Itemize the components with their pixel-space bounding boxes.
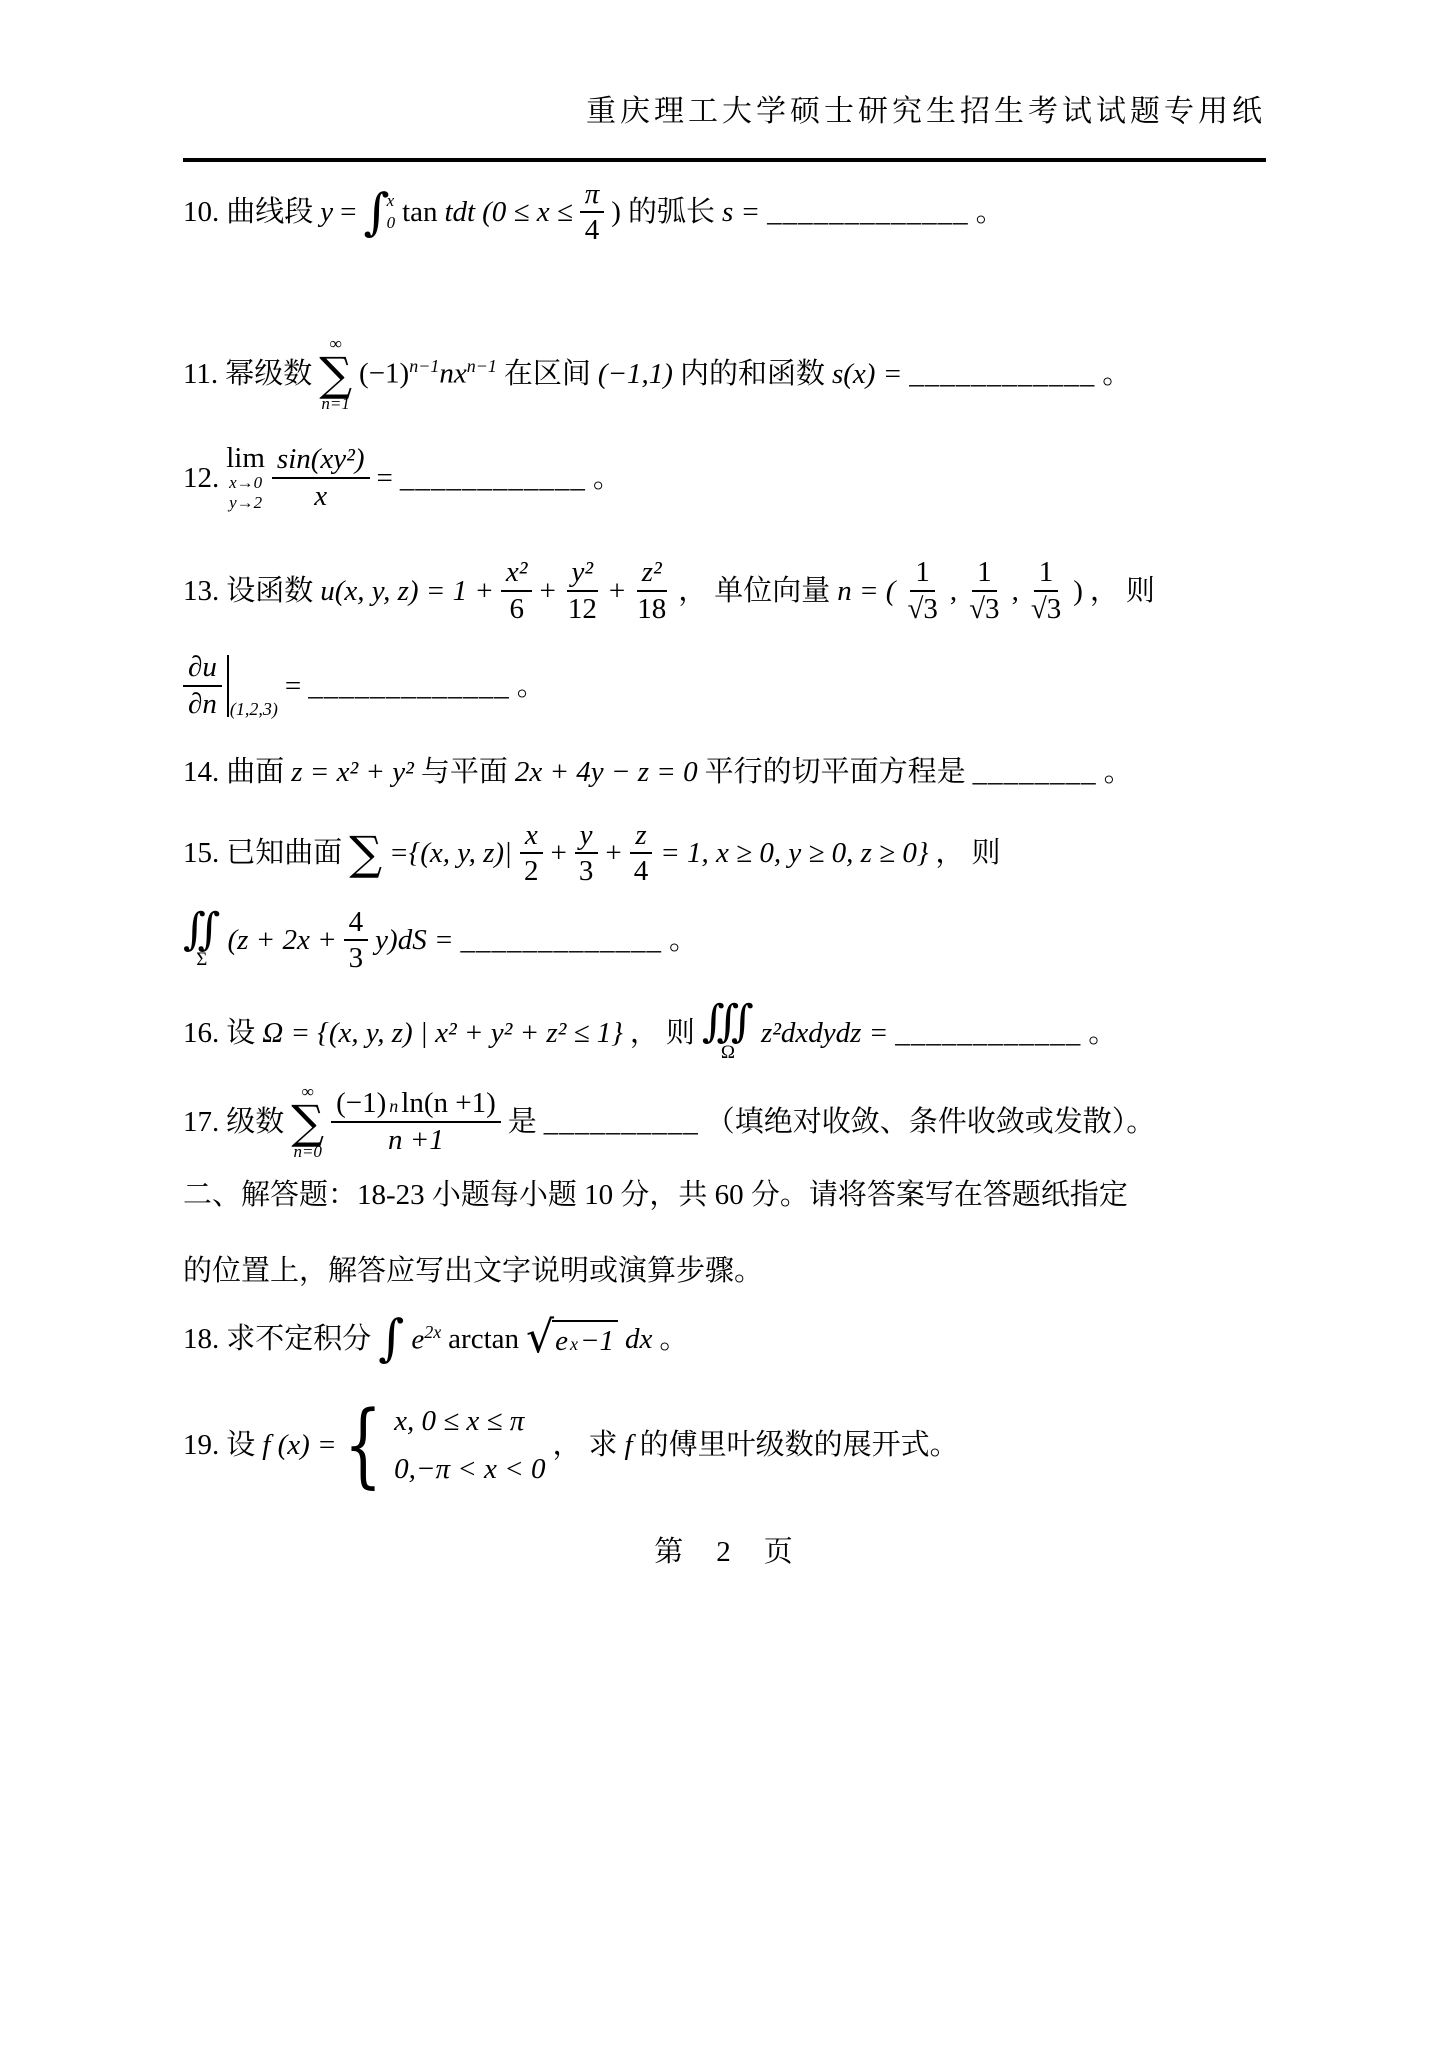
section-2-header-line-2: 的位置上，解答应写出文字说明或演算步骤。 (183, 1253, 1266, 1289)
exam-header-title: 重庆理工大学硕士研究生招生考试试题专用纸 (183, 86, 1266, 130)
piecewise-cases: x, 0 ≤ x ≤ π 0,−π < x < 0 (394, 1403, 545, 1488)
evaluation-point: (1,2,3) (230, 698, 278, 721)
piecewise-function: { x, 0 ≤ x ≤ π 0,−π < x < 0 (344, 1403, 546, 1488)
fraction-denominator: 3 (574, 854, 599, 887)
fraction: 1 √3 (1026, 556, 1066, 625)
fraction-numerator: 1 (1034, 556, 1059, 591)
question-15-continued: ∬ Σ (z + 2x + 4 3 y)dS = _____________ 。 (183, 906, 1266, 975)
math-fragment: (z + 2x + (227, 922, 336, 958)
math-fragment: ) (1073, 573, 1083, 609)
math-fragment: (−1)n−1nxn−1 (359, 355, 497, 392)
question-number: 14. (183, 754, 219, 790)
question-text: 曲线段 (226, 194, 313, 230)
question-16: 16. 设 Ω = {(x, y, z) | x² + y² + z² ≤ 1}… (183, 1002, 1266, 1062)
fraction-numerator: 1 (910, 556, 935, 591)
question-number: 19. (183, 1427, 219, 1463)
radical-expression: √ ex−1 (526, 1320, 618, 1359)
math-fragment: + (605, 835, 621, 871)
fraction-numerator: (−1)nln(n +1) (331, 1087, 501, 1122)
math-fragment: s(x) = (832, 356, 902, 392)
fraction-denominator: 2 (519, 854, 544, 887)
fraction-denominator: ∂n (183, 687, 222, 720)
double-integral-symbol: ∬ Σ (183, 910, 220, 970)
punctuation: 。 (1088, 1015, 1117, 1051)
superscript: n (389, 1096, 398, 1116)
fraction: y² 12 (563, 556, 602, 625)
math-fragment: Ω = {(x, y, z) | x² + y² + z² ≤ 1} (262, 1015, 623, 1051)
question-text: 的弧长 (628, 194, 715, 230)
question-text: 设 (226, 1015, 255, 1051)
fraction-numerator: ∂u (183, 651, 222, 686)
brace-symbol: { (344, 1406, 382, 1484)
limit-sub-2: y→2 (229, 493, 262, 513)
fraction: x 2 (519, 819, 544, 888)
fraction: y 3 (574, 819, 599, 888)
integral-region: Ω (721, 1043, 735, 1063)
fraction-numerator: z (630, 819, 651, 854)
integral-limits: x 0 (387, 189, 396, 237)
question-number: 18. (183, 1321, 219, 1357)
math-fragment: y (320, 194, 333, 230)
math-fragment: 2x + 4y − z = 0 (515, 754, 698, 790)
fraction-denominator: n +1 (383, 1123, 449, 1156)
question-text: 求 (589, 1427, 618, 1463)
math-fragment: z²dxdydz = (761, 1015, 888, 1051)
answer-blank: ____________ (895, 1015, 1081, 1051)
question-text: 设 (226, 1427, 255, 1463)
question-text: 曲面 (226, 754, 284, 790)
fraction: z 4 (629, 819, 654, 888)
fraction: π 4 (580, 178, 605, 247)
question-11: 11. 幂级数 ∞ ∑ n=1 (−1)n−1nxn−1 在区间 (−1,1) … (183, 335, 1266, 413)
question-number: 17. (183, 1104, 219, 1140)
answer-blank: _____________ (461, 922, 663, 958)
answer-blank: __________ (544, 1104, 699, 1140)
radicand: ex−1 (552, 1320, 618, 1359)
answer-blank: ____________ (400, 460, 586, 496)
punctuation: 。 (517, 668, 546, 704)
vertical-bar (227, 655, 229, 717)
answer-blank: _____________ (767, 194, 969, 230)
fraction: 4 3 (344, 906, 369, 975)
question-text: 求不定积分 (226, 1321, 371, 1357)
superscript: 2x (424, 1322, 441, 1342)
answer-blank: ________ (973, 754, 1097, 790)
punctuation: 。 (659, 1321, 688, 1357)
integral-symbol: ∫ x 0 (364, 189, 396, 237)
question-text: 与平面 (421, 754, 508, 790)
fraction-numerator: sin(xy²) (272, 443, 370, 478)
fraction-numerator: y (575, 819, 598, 854)
summation-glyph: ∑ (291, 1101, 324, 1143)
superscript: n−1 (409, 356, 439, 376)
fraction: 1 √3 (902, 556, 942, 625)
superscript: x (570, 1333, 578, 1355)
integral-region: Σ (196, 950, 207, 970)
question-text: 的傅里叶级数的展开式。 (640, 1427, 959, 1463)
question-12: 12. lim x→0 y→2 sin(xy²) x = ___________… (183, 443, 1266, 513)
question-18: 18. 求不定积分 ∫ e2x arctan √ ex−1 dx 。 (183, 1315, 1266, 1363)
fraction-numerator: y² (567, 556, 599, 591)
superscript: n−1 (467, 356, 497, 376)
summation-lower-limit: n=0 (293, 1143, 321, 1161)
punctuation: ， (678, 573, 707, 609)
math-fragment: tan (402, 194, 437, 230)
integral-glyph: ∫ (378, 1315, 404, 1363)
summation-glyph: ∑ (319, 353, 352, 395)
punctuation: 。 (1102, 356, 1131, 392)
fraction-denominator: √3 (902, 592, 942, 625)
math-fragment: s = (722, 194, 760, 230)
radical-symbol: √ (526, 1320, 554, 1356)
question-13-continued: ∂u ∂n (1,2,3) = _____________ 。 (183, 651, 1266, 720)
question-text: 是 (508, 1104, 537, 1140)
question-number: 10. (183, 194, 219, 230)
math-fragment: = (377, 460, 393, 496)
answer-blank: _____________ (308, 668, 510, 704)
answer-blank: ____________ (909, 356, 1095, 392)
math-fragment: + (609, 573, 625, 609)
question-number: 15. (183, 835, 219, 871)
punctuation: ， (630, 1015, 659, 1051)
punctuation: 。 (669, 922, 698, 958)
math-fragment: tdt (445, 194, 476, 230)
question-text: 幂级数 (225, 356, 312, 392)
punctuation: 。 (593, 460, 622, 496)
punctuation: 。 (976, 194, 1005, 230)
question-text: 设函数 (226, 573, 313, 609)
question-text: 平行的切平面方程是 (705, 754, 966, 790)
triple-integral-glyph: ∭ (702, 1002, 754, 1042)
double-integral-glyph: ∬ (183, 910, 220, 950)
math-fragment: , (950, 573, 957, 609)
question-15: 15. 已知曲面 ∑ ={(x, y, z)| x 2 + y 3 + z 4 … (183, 819, 1266, 888)
page-content: 重庆理工大学硕士研究生招生考试试题专用纸 10. 曲线段 y = ∫ x 0 t… (183, 86, 1266, 1570)
evaluation-bar: (1,2,3) (227, 655, 278, 717)
math-fragment: ) (611, 194, 621, 230)
question-14: 14. 曲面 z = x² + y² 与平面 2x + 4y − z = 0 平… (183, 754, 1266, 790)
question-text: 内的和函数 (680, 356, 825, 392)
fraction: sin(xy²) x (272, 443, 370, 512)
fraction-numerator: 1 (972, 556, 997, 591)
math-fragment: ={(x, y, z)| (389, 835, 512, 871)
question-number: 13. (183, 573, 219, 609)
fraction-numerator: z² (637, 556, 667, 591)
math-fragment: = 1, x ≥ 0, y ≥ 0, z ≥ 0} (660, 835, 928, 871)
punctuation: ， (1090, 573, 1119, 609)
fraction-denominator: √3 (964, 592, 1004, 625)
math-fragment: z = x² + y² (291, 754, 414, 790)
punctuation: ， (552, 1427, 581, 1463)
summation-symbol: ∞ ∑ n=1 (319, 335, 352, 413)
fraction-numerator: π (580, 178, 605, 213)
math-fragment: f (x) = (262, 1427, 336, 1463)
integral-upper-limit: x (387, 190, 396, 211)
punctuation: ， (935, 835, 964, 871)
fraction: 1 √3 (964, 556, 1004, 625)
fraction-numerator: x² (501, 556, 533, 591)
question-text: （填绝对收敛、条件收敛或发散）。 (706, 1104, 1156, 1140)
punctuation: 。 (1104, 754, 1133, 790)
fraction: (−1)nln(n +1) n +1 (331, 1087, 501, 1156)
sigma-surface-symbol: ∑ (349, 832, 382, 874)
fraction-denominator: x (309, 479, 332, 512)
fraction: z² 18 (632, 556, 671, 625)
fraction-denominator: 18 (632, 592, 671, 625)
summation-symbol: ∞ ∑ n=0 (291, 1083, 324, 1161)
fraction-denominator: 12 (563, 592, 602, 625)
case-2: 0,−π < x < 0 (394, 1451, 545, 1487)
page-number: 第 2 页 (183, 1529, 1266, 1570)
question-text: 在区间 (504, 356, 591, 392)
question-text: 级数 (226, 1104, 284, 1140)
math-fragment: = (285, 668, 301, 704)
fraction: ∂u ∂n (183, 651, 222, 720)
fraction-denominator: 4 (580, 213, 605, 246)
section-2-header-line-1: 二、解答题：18-23 小题每小题 10 分，共 60 分。请将答案写在答题纸指… (183, 1177, 1266, 1213)
summation-lower-limit: n=1 (321, 395, 349, 413)
fraction-numerator: 4 (344, 906, 369, 941)
section-text: 二、解答题：18-23 小题每小题 10 分，共 60 分。请将答案写在答题纸指… (183, 1177, 1128, 1213)
question-number: 11. (183, 356, 218, 392)
fraction-denominator: 4 (629, 854, 654, 887)
question-number: 12. (183, 460, 219, 496)
math-fragment: = (340, 194, 356, 230)
question-number: 16. (183, 1015, 219, 1051)
math-fragment: , (1012, 573, 1019, 609)
section-text: 的位置上，解答应写出文字说明或演算步骤。 (183, 1253, 763, 1289)
header-rule (183, 158, 1266, 162)
fraction: x² 6 (501, 556, 533, 625)
integral-lower-limit: 0 (387, 212, 396, 233)
triple-integral-symbol: ∭ Ω (702, 1002, 754, 1062)
question-10: 10. 曲线段 y = ∫ x 0 tan tdt (0 ≤ x ≤ π 4 )… (183, 178, 1266, 247)
question-text: 已知曲面 (226, 835, 342, 871)
fraction-numerator: x (520, 819, 543, 854)
case-1: x, 0 ≤ x ≤ π (394, 1403, 545, 1439)
math-fragment: + (539, 573, 555, 609)
math-fragment: (−1,1) (598, 356, 673, 392)
math-fragment: (0 ≤ x ≤ (482, 194, 573, 230)
math-fragment: arctan (448, 1321, 519, 1357)
limit-word: lim (226, 443, 265, 473)
limit-sub-1: x→0 (229, 473, 262, 493)
question-13: 13. 设函数 u(x, y, z) = 1 + x² 6 + y² 12 + … (183, 556, 1266, 625)
math-fragment: n = ( (837, 573, 895, 609)
fraction-denominator: √3 (1026, 592, 1066, 625)
question-19: 19. 设 f (x) = { x, 0 ≤ x ≤ π 0,−π < x < … (183, 1403, 1266, 1488)
question-text: 则 (971, 835, 1000, 871)
question-text: 则 (666, 1015, 695, 1051)
limit-operator: lim x→0 y→2 (226, 443, 265, 513)
math-fragment: e2x (411, 1321, 441, 1358)
math-fragment: y)dS = (375, 922, 453, 958)
limit-subscripts: x→0 y→2 (229, 473, 262, 512)
math-fragment: u(x, y, z) = 1 + (320, 573, 494, 609)
question-text: 则 (1126, 573, 1155, 609)
math-fragment: + (551, 835, 567, 871)
question-text: 单位向量 (714, 573, 830, 609)
math-fragment: dx (625, 1321, 652, 1357)
math-fragment: f (625, 1427, 633, 1463)
exam-page: 重庆理工大学硕士研究生招生考试试题专用纸 10. 曲线段 y = ∫ x 0 t… (0, 0, 1449, 2046)
fraction-denominator: 6 (504, 592, 529, 625)
question-17: 17. 级数 ∞ ∑ n=0 (−1)nln(n +1) n +1 是 ____… (183, 1083, 1266, 1161)
fraction-denominator: 3 (344, 941, 369, 974)
